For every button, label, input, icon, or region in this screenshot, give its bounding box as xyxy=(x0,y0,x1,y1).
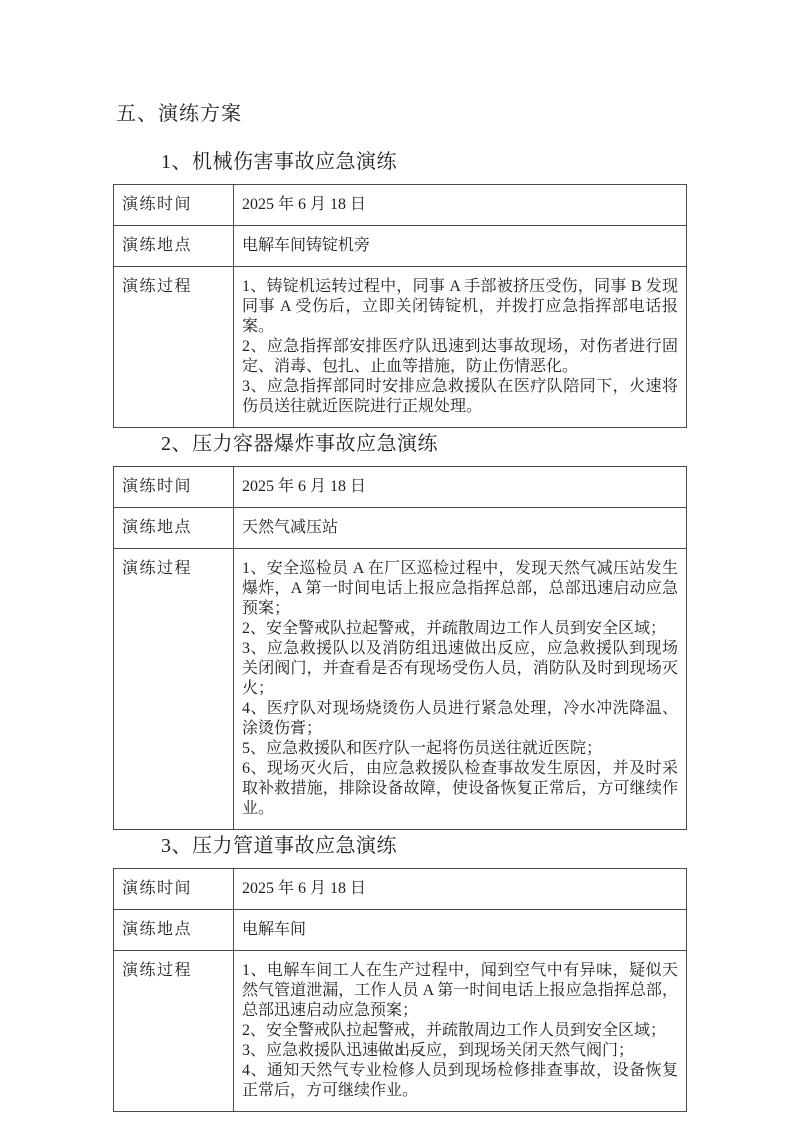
table-row: 演练过程 1、电解车间工人在生产过程中，闻到空气中有异味，疑似天然气管道泄漏，工… xyxy=(114,951,687,1112)
drill-time-value: 2025 年 6 月 18 日 xyxy=(242,477,678,497)
row-value-drill-time: 2025 年 6 月 18 日 xyxy=(234,185,687,226)
drill-table-1: 演练时间 2025 年 6 月 18 日 演练地点 电解车间铸锭机旁 演练过程 … xyxy=(113,184,687,428)
table-row: 演练地点 天然气减压站 xyxy=(114,508,687,549)
row-value-drill-time: 2025 年 6 月 18 日 xyxy=(234,467,687,508)
drill-process-step: 2、安全警戒队拉起警戒，并疏散周边工作人员到安全区域； xyxy=(242,619,678,639)
drill-process-step: 1、铸锭机运转过程中，同事 A 手部被挤压受伤，同事 B 发现同事 A 受伤后，… xyxy=(242,277,678,337)
drill-time-value: 2025 年 6 月 18 日 xyxy=(242,195,678,215)
row-label-drill-process: 演练过程 xyxy=(114,267,234,428)
row-value-drill-location: 电解车间 xyxy=(234,910,687,951)
row-value-drill-process: 1、铸锭机运转过程中，同事 A 手部被挤压受伤，同事 B 发现同事 A 受伤后，… xyxy=(234,267,687,428)
drill-process-step: 2、安全警戒队拉起警戒，并疏散周边工作人员到安全区域； xyxy=(242,1021,678,1041)
page-footer: — 3 — xyxy=(0,1042,800,1058)
drill-process-step: 3、应急救援队以及消防组迅速做出反应，应急救援队到现场关闭阀门，并查看是否有现场… xyxy=(242,639,678,699)
section-mechanical-injury: 1、机械伤害事故应急演练 演练时间 2025 年 6 月 18 日 演练地点 电… xyxy=(113,150,687,428)
row-value-drill-time: 2025 年 6 月 18 日 xyxy=(234,869,687,910)
drill-table-3: 演练时间 2025 年 6 月 18 日 演练地点 电解车间 演练过程 1、电解… xyxy=(113,868,687,1112)
drill-table-2: 演练时间 2025 年 6 月 18 日 演练地点 天然气减压站 演练过程 1、… xyxy=(113,466,687,830)
table-row: 演练地点 电解车间 xyxy=(114,910,687,951)
page-number: — 3 — xyxy=(376,1042,425,1057)
row-value-drill-location: 电解车间铸锭机旁 xyxy=(234,226,687,267)
table-row: 演练时间 2025 年 6 月 18 日 xyxy=(114,185,687,226)
row-label-drill-process: 演练过程 xyxy=(114,549,234,830)
drill-process-step: 3、应急指挥部同时安排应急救援队在医疗队陪同下，火速将伤员送往就近医院进行正规处… xyxy=(242,377,678,417)
section-pressure-vessel-explosion: 2、压力容器爆炸事故应急演练 演练时间 2025 年 6 月 18 日 演练地点… xyxy=(113,432,687,830)
table-row: 演练时间 2025 年 6 月 18 日 xyxy=(114,467,687,508)
document-page: 五、演练方案 1、机械伤害事故应急演练 演练时间 2025 年 6 月 18 日… xyxy=(0,0,800,1131)
row-label-drill-time: 演练时间 xyxy=(114,869,234,910)
drill-process-step: 1、电解车间工人在生产过程中，闻到空气中有异味，疑似天然气管道泄漏，工作人员 A… xyxy=(242,961,678,1021)
table-row: 演练过程 1、安全巡检员 A 在厂区巡检过程中，发现天然气减压站发生爆炸，A 第… xyxy=(114,549,687,830)
drill-process-step: 4、通知天然气专业检修人员到现场检修排查事故，设备恢复正常后，方可继续作业。 xyxy=(242,1061,678,1101)
drill-location-value: 电解车间铸锭机旁 xyxy=(242,236,678,256)
row-value-drill-process: 1、电解车间工人在生产过程中，闻到空气中有异味，疑似天然气管道泄漏，工作人员 A… xyxy=(234,951,687,1112)
section-pressure-pipeline-accident: 3、压力管道事故应急演练 演练时间 2025 年 6 月 18 日 演练地点 电… xyxy=(113,834,687,1112)
row-label-drill-process: 演练过程 xyxy=(114,951,234,1112)
document-title: 五、演练方案 xyxy=(116,102,687,126)
drill-process-step: 4、医疗队对现场烧烫伤人员进行紧急处理，冷水冲洗降温、涂烫伤膏； xyxy=(242,699,678,739)
section-1-heading: 1、机械伤害事故应急演练 xyxy=(161,150,687,174)
row-label-drill-time: 演练时间 xyxy=(114,185,234,226)
section-3-heading: 3、压力管道事故应急演练 xyxy=(161,834,687,858)
row-label-drill-location: 演练地点 xyxy=(114,910,234,951)
drill-location-value: 天然气减压站 xyxy=(242,518,678,538)
row-label-drill-location: 演练地点 xyxy=(114,226,234,267)
drill-process-step: 1、安全巡检员 A 在厂区巡检过程中，发现天然气减压站发生爆炸，A 第一时间电话… xyxy=(242,559,678,619)
row-value-drill-location: 天然气减压站 xyxy=(234,508,687,549)
table-row: 演练地点 电解车间铸锭机旁 xyxy=(114,226,687,267)
drill-process-step: 2、应急指挥部安排医疗队迅速到达事故现场，对伤者进行固定、消毒、包扎、止血等措施… xyxy=(242,337,678,377)
drill-location-value: 电解车间 xyxy=(242,920,678,940)
drill-process-step: 5、应急救援队和医疗队一起将伤员送往就近医院； xyxy=(242,739,678,759)
section-2-heading: 2、压力容器爆炸事故应急演练 xyxy=(161,432,687,456)
row-value-drill-process: 1、安全巡检员 A 在厂区巡检过程中，发现天然气减压站发生爆炸，A 第一时间电话… xyxy=(234,549,687,830)
drill-process-step: 6、现场灭火后，由应急救援队检查事故发生原因，并及时采取补救措施，排除设备故障，… xyxy=(242,759,678,819)
row-label-drill-time: 演练时间 xyxy=(114,467,234,508)
table-row: 演练过程 1、铸锭机运转过程中，同事 A 手部被挤压受伤，同事 B 发现同事 A… xyxy=(114,267,687,428)
drill-time-value: 2025 年 6 月 18 日 xyxy=(242,879,678,899)
table-row: 演练时间 2025 年 6 月 18 日 xyxy=(114,869,687,910)
row-label-drill-location: 演练地点 xyxy=(114,508,234,549)
